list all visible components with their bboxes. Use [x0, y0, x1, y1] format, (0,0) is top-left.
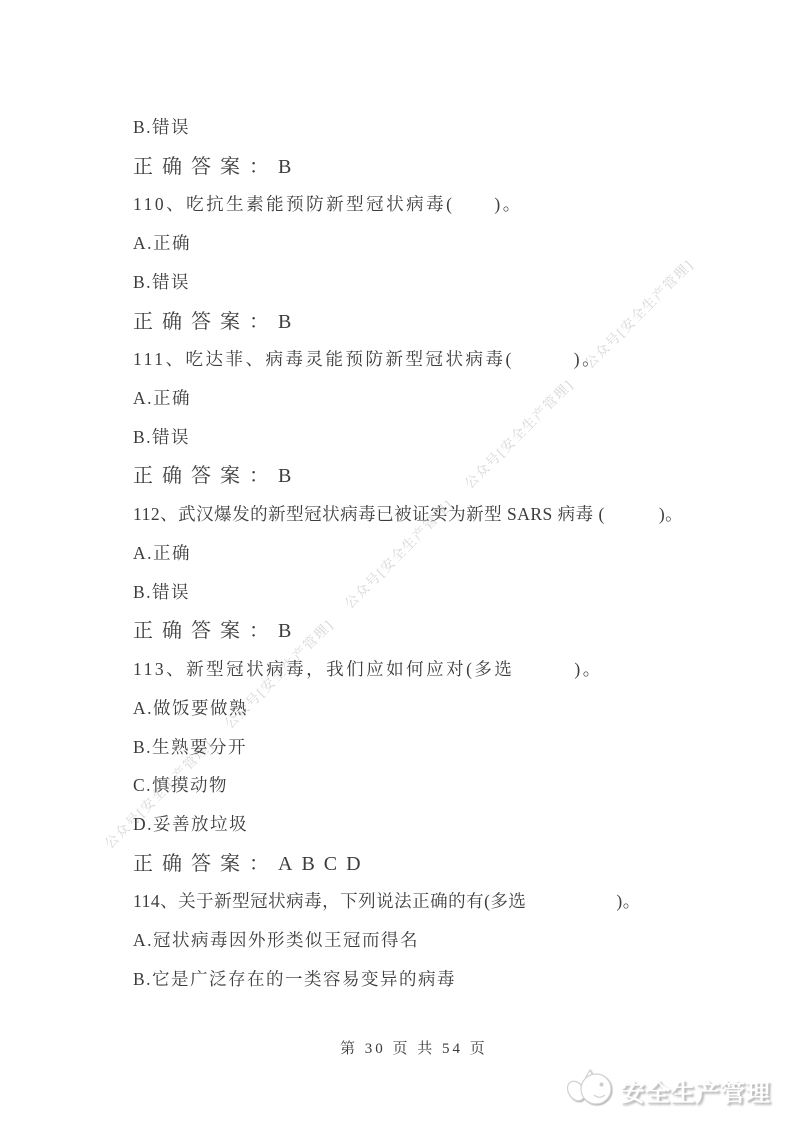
option-line: B.错误	[133, 270, 763, 309]
option-line: B.错误	[133, 115, 763, 154]
exam-question-list: B.错误 正确答案：B 110、吃抗生素能预防新型冠状病毒( )。 A.正确 B…	[133, 115, 763, 1006]
option-line: A.做饭要做熟	[133, 696, 763, 735]
option-line: A.正确	[133, 541, 763, 580]
page-indicator: 第 30 页 共 54 页	[340, 1037, 488, 1058]
document-page: 公众号[安全生产管理] 公众号[安全生产管理] 公众号[安全生产管理] 公众号[…	[0, 0, 793, 1122]
option-line: B.它是广泛存在的一类容易变异的病毒	[133, 967, 763, 1006]
question-line: 111、吃达菲、病毒灵能预防新型冠状病毒( )。	[133, 347, 763, 386]
answer-line: 正确答案：B	[133, 309, 763, 348]
answer-line: 正确答案：B	[133, 154, 763, 193]
option-line: C.慎摸动物	[133, 773, 763, 812]
answer-line: 正确答案：B	[133, 463, 763, 502]
option-line: B.错误	[133, 580, 763, 619]
question-line: 113、新型冠状病毒，我们应如何应对(多选 )。	[133, 657, 763, 696]
brand-stamp: 安全生产管理	[565, 1068, 771, 1113]
option-line: D.妥善放垃圾	[133, 812, 763, 851]
option-line: B.错误	[133, 425, 763, 464]
option-line: A.冠状病毒因外形类似王冠而得名	[133, 928, 763, 967]
option-line: A.正确	[133, 231, 763, 270]
question-line: 114、关于新型冠状病毒，下列说法正确的有(多选 )。	[133, 889, 763, 928]
question-line: 110、吃抗生素能预防新型冠状病毒( )。	[133, 192, 763, 231]
option-line: B.生熟要分开	[133, 735, 763, 774]
answer-line: 正确答案：ABCD	[133, 851, 763, 890]
answer-line: 正确答案：B	[133, 618, 763, 657]
brand-name: 安全生产管理	[621, 1073, 771, 1108]
option-line: A.正确	[133, 386, 763, 425]
question-line: 112、武汉爆发的新型冠状病毒已被证实为新型 SARS 病毒 ( )。	[133, 502, 763, 541]
bird-mascot-icon	[565, 1068, 615, 1113]
